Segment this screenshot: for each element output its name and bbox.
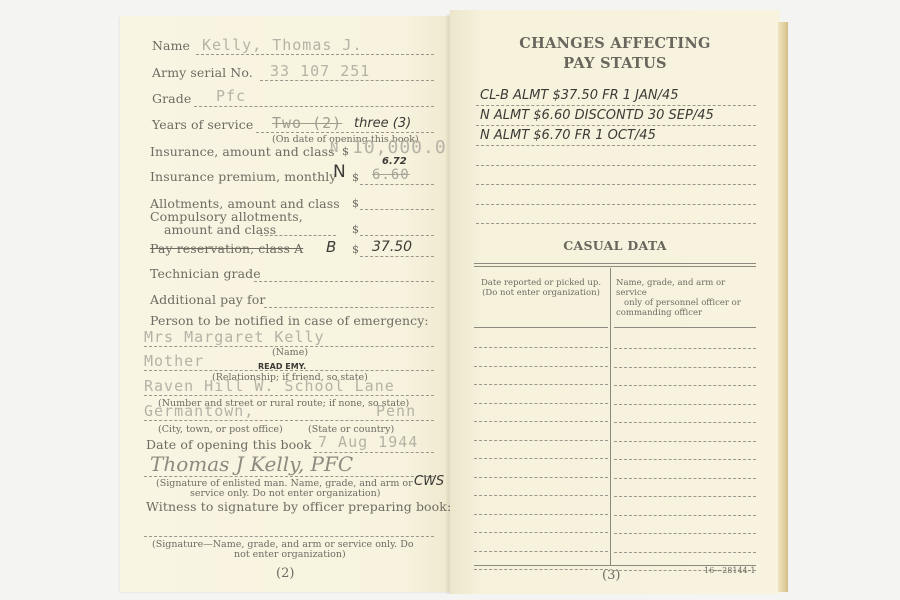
serial-line: [260, 80, 434, 81]
allotments-currency: $: [352, 197, 359, 210]
emergency-label: Person to be notified in case of emergen…: [150, 313, 429, 328]
name-line: [196, 54, 434, 55]
table-row-line-left: [474, 569, 608, 570]
page-3: CHANGES AFFECTING PAY STATUS CL-B ALMT $…: [450, 10, 780, 594]
pay-change-line-7: [476, 223, 756, 224]
relationship-hand-note: READ EMY.: [258, 362, 306, 371]
opening-date-value: 7 Aug 1944: [318, 433, 418, 451]
table-row-line-right: [614, 459, 756, 460]
table-row-line-left: [474, 477, 608, 478]
table-row-line-left: [474, 421, 608, 422]
pay-change-3: N ALMT $6.70 FR 1 OCT/45: [480, 128, 656, 143]
pay-change-line-6: [476, 204, 756, 205]
pay-change-1: CL-B ALMT $37.50 FR 1 JAN/45: [480, 88, 679, 103]
table-row-line-right: [614, 441, 756, 442]
allotments-line: [360, 209, 434, 210]
compulsory-currency: $: [352, 223, 359, 236]
pay-reservation-currency: $: [352, 243, 359, 256]
grade-value: Pfc: [216, 87, 246, 105]
table-row-line-left: [474, 384, 608, 385]
page-stack-edge: [778, 22, 788, 592]
table-row-line-right: [614, 404, 756, 405]
grade-label: Grade: [152, 91, 191, 106]
relationship-value: Mother: [144, 352, 204, 370]
col2-header: Name, grade, and arm or service only of …: [616, 278, 756, 318]
table-row-line-left: [474, 495, 608, 496]
compulsory-line: [360, 235, 434, 236]
technician-line: [254, 281, 434, 282]
name-label: Name: [152, 38, 190, 53]
pay-change-line-1: [476, 105, 756, 106]
opening-date-label: Date of opening this book: [146, 437, 312, 452]
pay-change-line-5: [476, 184, 756, 185]
table-row-line-left: [474, 458, 608, 459]
premium-currency: $: [352, 171, 359, 184]
premium-struck-value: 6.60: [372, 167, 410, 183]
table-row-line-left: [474, 514, 608, 515]
witness-caption-2: not enter organization): [234, 549, 346, 560]
contact-name-value: Mrs Margaret Kelly: [144, 328, 325, 346]
insurance-value: 10,000.0: [352, 137, 447, 158]
form-number: 16—28144-1: [704, 566, 755, 575]
table-column-divider: [610, 268, 611, 566]
table-row-line-right: [614, 533, 756, 534]
witness-label: Witness to signature by officer preparin…: [146, 499, 451, 514]
street-value: Raven Hill W. School Lane: [144, 377, 395, 395]
street-line: [144, 395, 434, 396]
pay-reservation-label: Pay reservation, class A: [150, 241, 303, 256]
signature-line: [144, 476, 434, 477]
pay-status-title-line2: PAY STATUS: [450, 54, 780, 74]
premium-hand-value: 6.72: [382, 156, 407, 167]
premium-prefix: N: [333, 162, 346, 182]
city-caption: (City, town, or post office): [158, 424, 283, 435]
pay-change-line-3: [476, 145, 756, 146]
table-row-line-right: [614, 422, 756, 423]
years-label: Years of service: [152, 117, 253, 132]
premium-line: [360, 184, 434, 185]
years-struck-value: Two (2): [272, 114, 342, 132]
serial-value: 33 107 251: [270, 62, 370, 80]
table-row-line-right: [614, 496, 756, 497]
pay-change-line-2: [476, 125, 756, 126]
name-value: Kelly, Thomas J.: [202, 36, 363, 54]
signature-hand-note: CWS: [414, 474, 444, 489]
header-rule-left: [474, 327, 608, 328]
pay-change-line-4: [476, 165, 756, 166]
table-row-line-right: [614, 385, 756, 386]
serial-label: Army serial No.: [152, 65, 253, 80]
compulsory-dots: [260, 235, 336, 236]
pay-status-title-line1: CHANGES AFFECTING: [450, 34, 780, 54]
table-row-line-left: [474, 440, 608, 441]
signature-caption-2: service only. Do not enter organization): [190, 488, 380, 499]
years-hand-value: three (3): [354, 116, 411, 131]
table-row-line-left: [474, 403, 608, 404]
insurance-label: Insurance, amount and class: [150, 144, 335, 159]
pay-reservation-class: B: [326, 238, 336, 256]
pay-status-title: CHANGES AFFECTING PAY STATUS: [450, 34, 780, 74]
grade-line: [194, 106, 434, 107]
table-row-line-right: [614, 348, 756, 349]
state-value: Penn: [376, 402, 416, 420]
insurance-prefix: N: [330, 140, 339, 156]
witness-line: [144, 536, 434, 537]
insurance-currency: $: [342, 145, 349, 158]
page-2: Name Kelly, Thomas J. Army serial No. 33…: [120, 16, 450, 592]
col1-header: Date reported or picked up. (Do not ente…: [476, 278, 606, 298]
table-top-rule: [474, 263, 756, 264]
city-value: Germantown,: [144, 402, 254, 420]
years-line: [256, 132, 434, 133]
city-line: [144, 420, 434, 421]
contact-name-caption: (Name): [272, 347, 308, 358]
table-row-line-right: [614, 552, 756, 553]
page-number-left: (2): [276, 566, 294, 581]
table-top-rule-2: [474, 266, 756, 267]
table-row-line-right: [614, 478, 756, 479]
premium-label: Insurance premium, monthly: [150, 169, 337, 184]
page-number-right: (3): [602, 568, 620, 583]
header-rule-right: [614, 327, 756, 328]
additional-pay-line: [264, 307, 434, 308]
pay-reservation-value: 37.50: [372, 239, 412, 255]
technician-label: Technician grade: [150, 266, 261, 281]
table-row-line-left: [474, 366, 608, 367]
table-row-line-left: [474, 532, 608, 533]
table-row-line-left: [474, 347, 608, 348]
table-row-line-right: [614, 515, 756, 516]
additional-pay-label: Additional pay for: [150, 292, 265, 307]
table-row-line-left: [474, 551, 608, 552]
pay-change-2: N ALMT $6.60 DISCONTD 30 SEP/45: [480, 108, 714, 123]
casual-data-title: CASUAL DATA: [450, 236, 780, 256]
table-row-line-right: [614, 367, 756, 368]
pay-reservation-line: [360, 256, 434, 257]
signature-value: Thomas J Kelly, PFC: [150, 452, 353, 476]
